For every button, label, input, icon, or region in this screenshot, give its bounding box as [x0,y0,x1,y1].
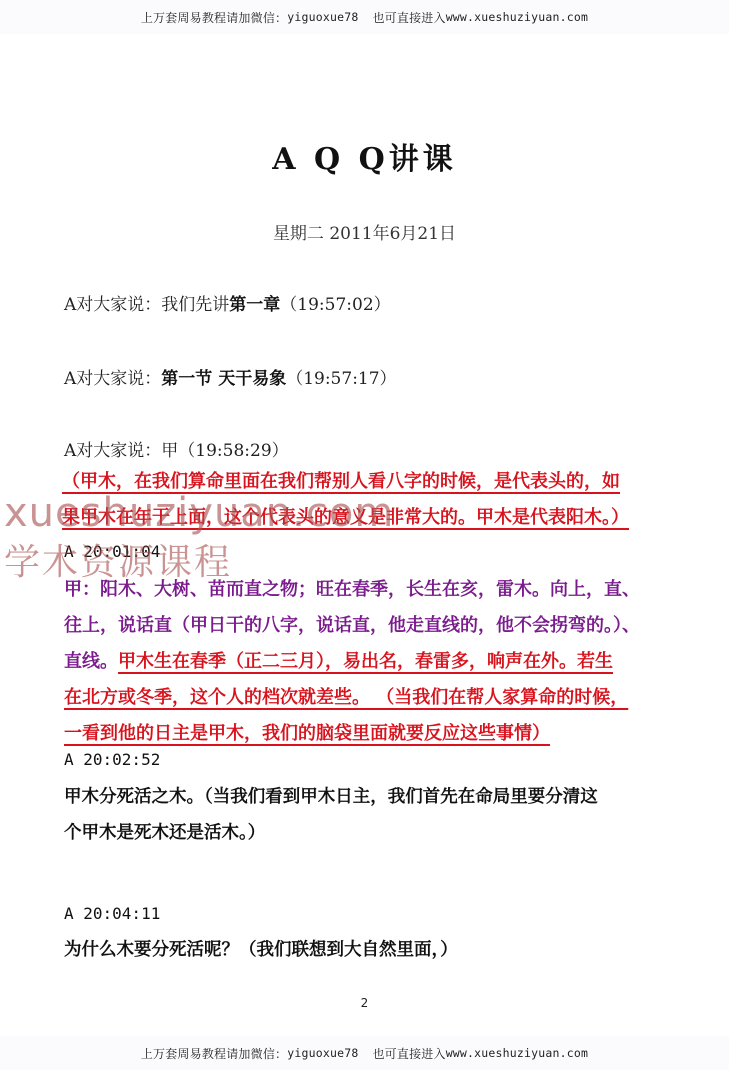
timestamp-line: A 20:01:04 [64,542,160,561]
chat-entry: A对大家说：第一节 天干易象（19:57:17） [64,364,397,389]
speaker-label: A对大家说： [64,441,161,461]
red-note-line: 果甲木在年干上面，这个代表头的意义是非常大的。甲木是代表阳木。） [62,500,662,536]
speaker-label: A对大家说： [64,369,161,389]
chat-entry: A对大家说：我们先讲第一章（19:57:02） [64,290,391,315]
entry-time: （19:57:17） [286,369,396,389]
body-line: 甲木分死活之木。（当我们看到甲木日主，我们首先在命局里要分清这 [64,779,664,815]
header-banner: 上万套周易教程请加微信： yiguoxue78 也可直接进入 www.xuesh… [0,0,729,34]
body-line: 个甲木是死木还是活木。） [64,815,664,851]
banner-url-link[interactable]: www.xueshuziyuan.com [446,1046,588,1060]
entry-bold-text: 第一章 [229,295,280,315]
red-note-line: 在北方或冬季，这个人的档次就差些。 （当我们在帮人家算命的时候， [64,680,664,716]
banner-text: 上万套周易教程请加微信： [141,1045,287,1062]
timestamp-line: A 20:02:52 [64,750,160,769]
body-paragraph: 为什么木要分死活呢？（我们联想到大自然里面，） [64,932,664,968]
purple-note-line: 往上，说话直（甲日干的八字，说话直，他走直线的，他不会拐弯的。）、 [64,608,664,644]
timestamp-line: A 20:04:11 [64,904,160,923]
jia-description-paragraph: 甲：阳木、大树、苗而直之物；旺在春季，长生在亥，雷木。向上，直、 往上，说话直（… [64,572,664,752]
entry-bold-text: 第一节 天干易象 [161,369,286,389]
banner-url-link[interactable]: www.xueshuziyuan.com [446,10,588,24]
red-note-line: 甲木生在春季（正二三月），易出名，春雷多，响声在外。若生 [118,651,613,672]
purple-note-line: 甲：阳木、大树、苗而直之物；旺在春季，长生在亥，雷木。向上，直、 [64,572,664,608]
banner-wechat-id: yiguoxue78 [287,10,358,24]
entry-time: （19:57:02） [280,295,390,315]
banner-wechat-id: yiguoxue78 [287,1046,358,1060]
page-number: 2 [0,996,729,1010]
body-line: 为什么木要分死活呢？（我们联想到大自然里面，） [64,932,664,968]
document-title: A Q Q讲课 [0,134,729,178]
banner-text-2: 也可直接进入 [372,9,445,26]
footer-banner: 上万套周易教程请加微信： yiguoxue78 也可直接进入 www.xuesh… [0,1036,729,1070]
banner-text: 上万套周易教程请加微信： [141,9,287,26]
speaker-label: A对大家说： [64,295,161,315]
banner-text-2: 也可直接进入 [372,1045,445,1062]
purple-note-prefix: 直线。 [64,651,118,672]
chat-entry: A对大家说：甲（19:58:29） [64,436,289,461]
red-note-line: （甲木，在我们算命里面在我们帮别人看八字的时候，是代表头的，如 [62,464,662,500]
red-note-line: 一看到他的日主是甲木，我们的脑袋里面就要反应这些事情） [64,723,550,744]
entry-text: 甲 [161,441,178,461]
entry-text: 我们先讲 [161,295,229,315]
document-date: 星期二 2011年6月21日 [0,219,729,244]
entry-time: （19:58:29） [178,441,288,461]
red-note-paragraph: （甲木，在我们算命里面在我们帮别人看八字的时候，是代表头的，如 果甲木在年干上面… [62,464,662,536]
body-paragraph: 甲木分死活之木。（当我们看到甲木日主，我们首先在命局里要分清这 个甲木是死木还是… [64,779,664,851]
document-page: A Q Q讲课 星期二 2011年6月21日 A对大家说：我们先讲第一章（19:… [0,34,729,1036]
